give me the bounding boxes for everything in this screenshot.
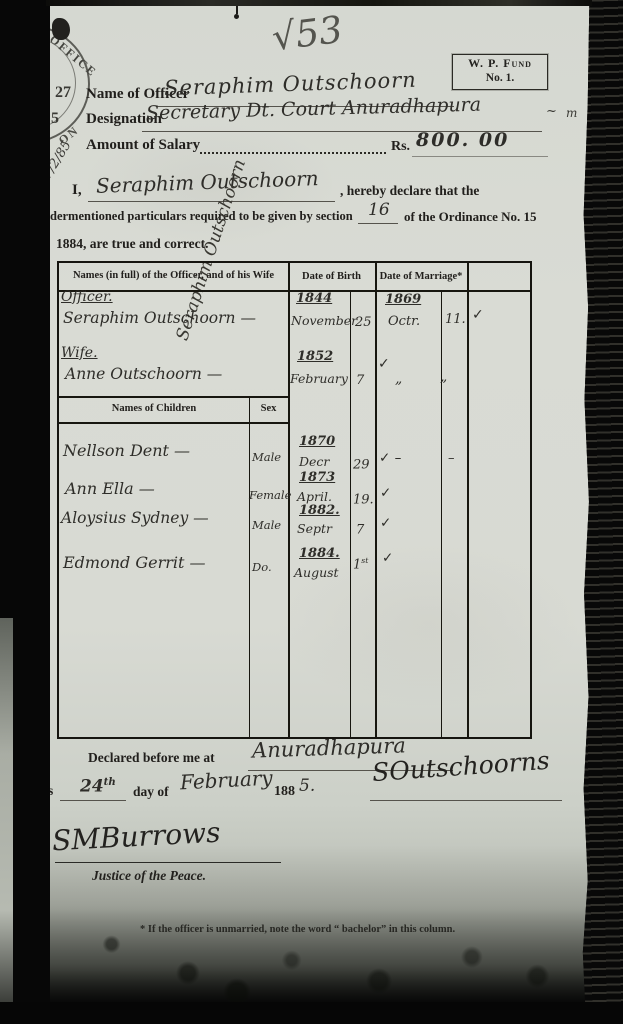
child-3-year: 1882. xyxy=(299,503,340,518)
child-4-sex: Do. xyxy=(252,560,272,574)
declared-month: February xyxy=(179,766,273,795)
declared-label: Declared before me at xyxy=(88,750,215,766)
child-4-year: 1884. xyxy=(299,546,340,561)
child-1-sex: Male xyxy=(252,450,281,464)
scan-bottom-band xyxy=(0,1002,623,1024)
declaration-i: I, xyxy=(72,182,82,199)
child-2-checkmark: ✓ xyxy=(380,485,391,501)
wife-role: Wife. xyxy=(61,345,98,361)
year-printed: 188 xyxy=(274,784,295,800)
section-underline xyxy=(358,223,398,224)
child-1-year: 1870 xyxy=(299,434,335,449)
wife-birth-day: 7 xyxy=(356,373,364,388)
child-2-month: April. xyxy=(297,489,332,504)
child-4-day: 1st xyxy=(353,556,368,572)
day-underline xyxy=(60,800,126,801)
wife-name: Anne Outschoorn — xyxy=(65,365,222,383)
declaration-line2-head: dermentioned particulars required to be … xyxy=(50,209,353,224)
child-2-day: 19. xyxy=(353,491,374,507)
subcol-marriage-day xyxy=(441,290,442,737)
declaration-line1-tail: , hereby declare that the xyxy=(340,183,479,199)
officer-birth-day: 25 xyxy=(355,315,372,330)
scan-top-edge xyxy=(46,0,592,6)
fund-box-line2: No. 1. xyxy=(453,72,547,85)
ink-blotch xyxy=(52,18,70,40)
children-header-line xyxy=(59,422,288,424)
wife-birth-month: February xyxy=(290,371,348,386)
child-3-name: Aloysius Sydney — xyxy=(61,509,209,527)
subcol-birth-day xyxy=(350,290,351,737)
child-1-day: 29 xyxy=(353,456,370,472)
child-4-name: Edmond Gerrit — xyxy=(63,553,206,572)
salary-underline xyxy=(412,156,548,157)
salary-currency: Rs. xyxy=(391,139,410,155)
child-1-checkmark: ✓ – xyxy=(379,450,401,466)
officer-birth-year: 1844 xyxy=(296,291,332,306)
ink-dot xyxy=(234,14,239,19)
footnote: * If the officer is unmarried, note the … xyxy=(140,924,455,935)
col-divider-marriage xyxy=(467,263,469,737)
table-header-line xyxy=(59,290,530,292)
officer-checkmark: ✓ xyxy=(472,307,484,323)
child-4-month: August xyxy=(294,565,339,580)
fund-number-box: W. P. Fund No. 1. xyxy=(452,54,548,90)
salary-value: 800. 00 xyxy=(416,129,509,151)
margin-mark-b: m xyxy=(566,106,577,120)
children-header-sex: Sex xyxy=(249,403,288,414)
officer-signature-line xyxy=(370,800,562,801)
wife-ditto-day: „ xyxy=(440,369,447,385)
header-birth: Date of Birth xyxy=(290,271,373,282)
header-marriage: Date of Marriage* xyxy=(377,271,465,282)
jp-signature-line xyxy=(55,862,281,863)
wife-birth-year: 1852 xyxy=(297,349,333,364)
margin-mark-a: ~ xyxy=(546,104,557,119)
salary-label: Amount of Salary xyxy=(86,137,200,154)
salary-dotted-leader xyxy=(200,140,386,154)
year-digit: 5. xyxy=(299,776,315,796)
day-of-label: day of xyxy=(133,784,169,800)
child-2-year: 1873 xyxy=(299,470,335,485)
scan-left-sliver xyxy=(0,618,13,1008)
particulars-table: Names (in full) of the Officer, and of h… xyxy=(57,261,532,739)
ref-number: √53 xyxy=(270,8,345,59)
child-3-sex: Male xyxy=(252,518,281,532)
child-3-month: Septr xyxy=(297,521,332,536)
fund-box-line1: W. P. Fund xyxy=(453,55,547,72)
officer-marriage-day: 11. xyxy=(445,312,466,327)
officer-marriage-month: Octr. xyxy=(388,314,420,329)
officer-name: Seraphim Outschoorn — xyxy=(63,309,256,327)
jp-title: Justice of the Peace. xyxy=(92,868,206,884)
child-1-name: Nellson Dent — xyxy=(63,441,190,460)
children-header-names: Names of Children xyxy=(59,403,249,414)
child-1-dash: – xyxy=(448,451,455,466)
scanned-document-page: √53 W. P. Fund No. 1. OFFICE 27 5 ON 27/… xyxy=(0,0,623,1024)
child-2-name: Ann Ella — xyxy=(65,479,155,498)
child-3-checkmark: ✓ xyxy=(380,515,391,531)
wife-ditto-month: „ xyxy=(395,371,402,387)
wife-checkmark: ✓ xyxy=(378,356,390,372)
officer-role: Officer. xyxy=(61,289,113,305)
col-divider-birth xyxy=(375,263,377,737)
child-1-month: Decr xyxy=(299,454,329,469)
children-sex-divider xyxy=(249,396,250,737)
declared-day: 24th xyxy=(80,776,116,797)
header-names: Names (in full) of the Officer, and of h… xyxy=(61,270,286,281)
stamp-number-top: 27 xyxy=(55,84,71,102)
child-4-checkmark: ✓ xyxy=(382,550,393,566)
declaration-name-underline xyxy=(88,201,335,202)
children-table-top xyxy=(59,396,288,398)
officer-birth-month: November xyxy=(291,313,357,328)
child-2-sex: Female xyxy=(249,488,291,502)
declaration-line2-tail: of the Ordinance No. 15 xyxy=(404,209,537,225)
child-3-day: 7 xyxy=(356,521,364,537)
declaration-section-no: 16 xyxy=(368,200,390,220)
stamp-number-bottom: 5 xyxy=(51,110,59,128)
officer-marriage-year: 1869 xyxy=(385,292,421,307)
declaration-line3: 1884, are true and correct. xyxy=(56,236,208,252)
